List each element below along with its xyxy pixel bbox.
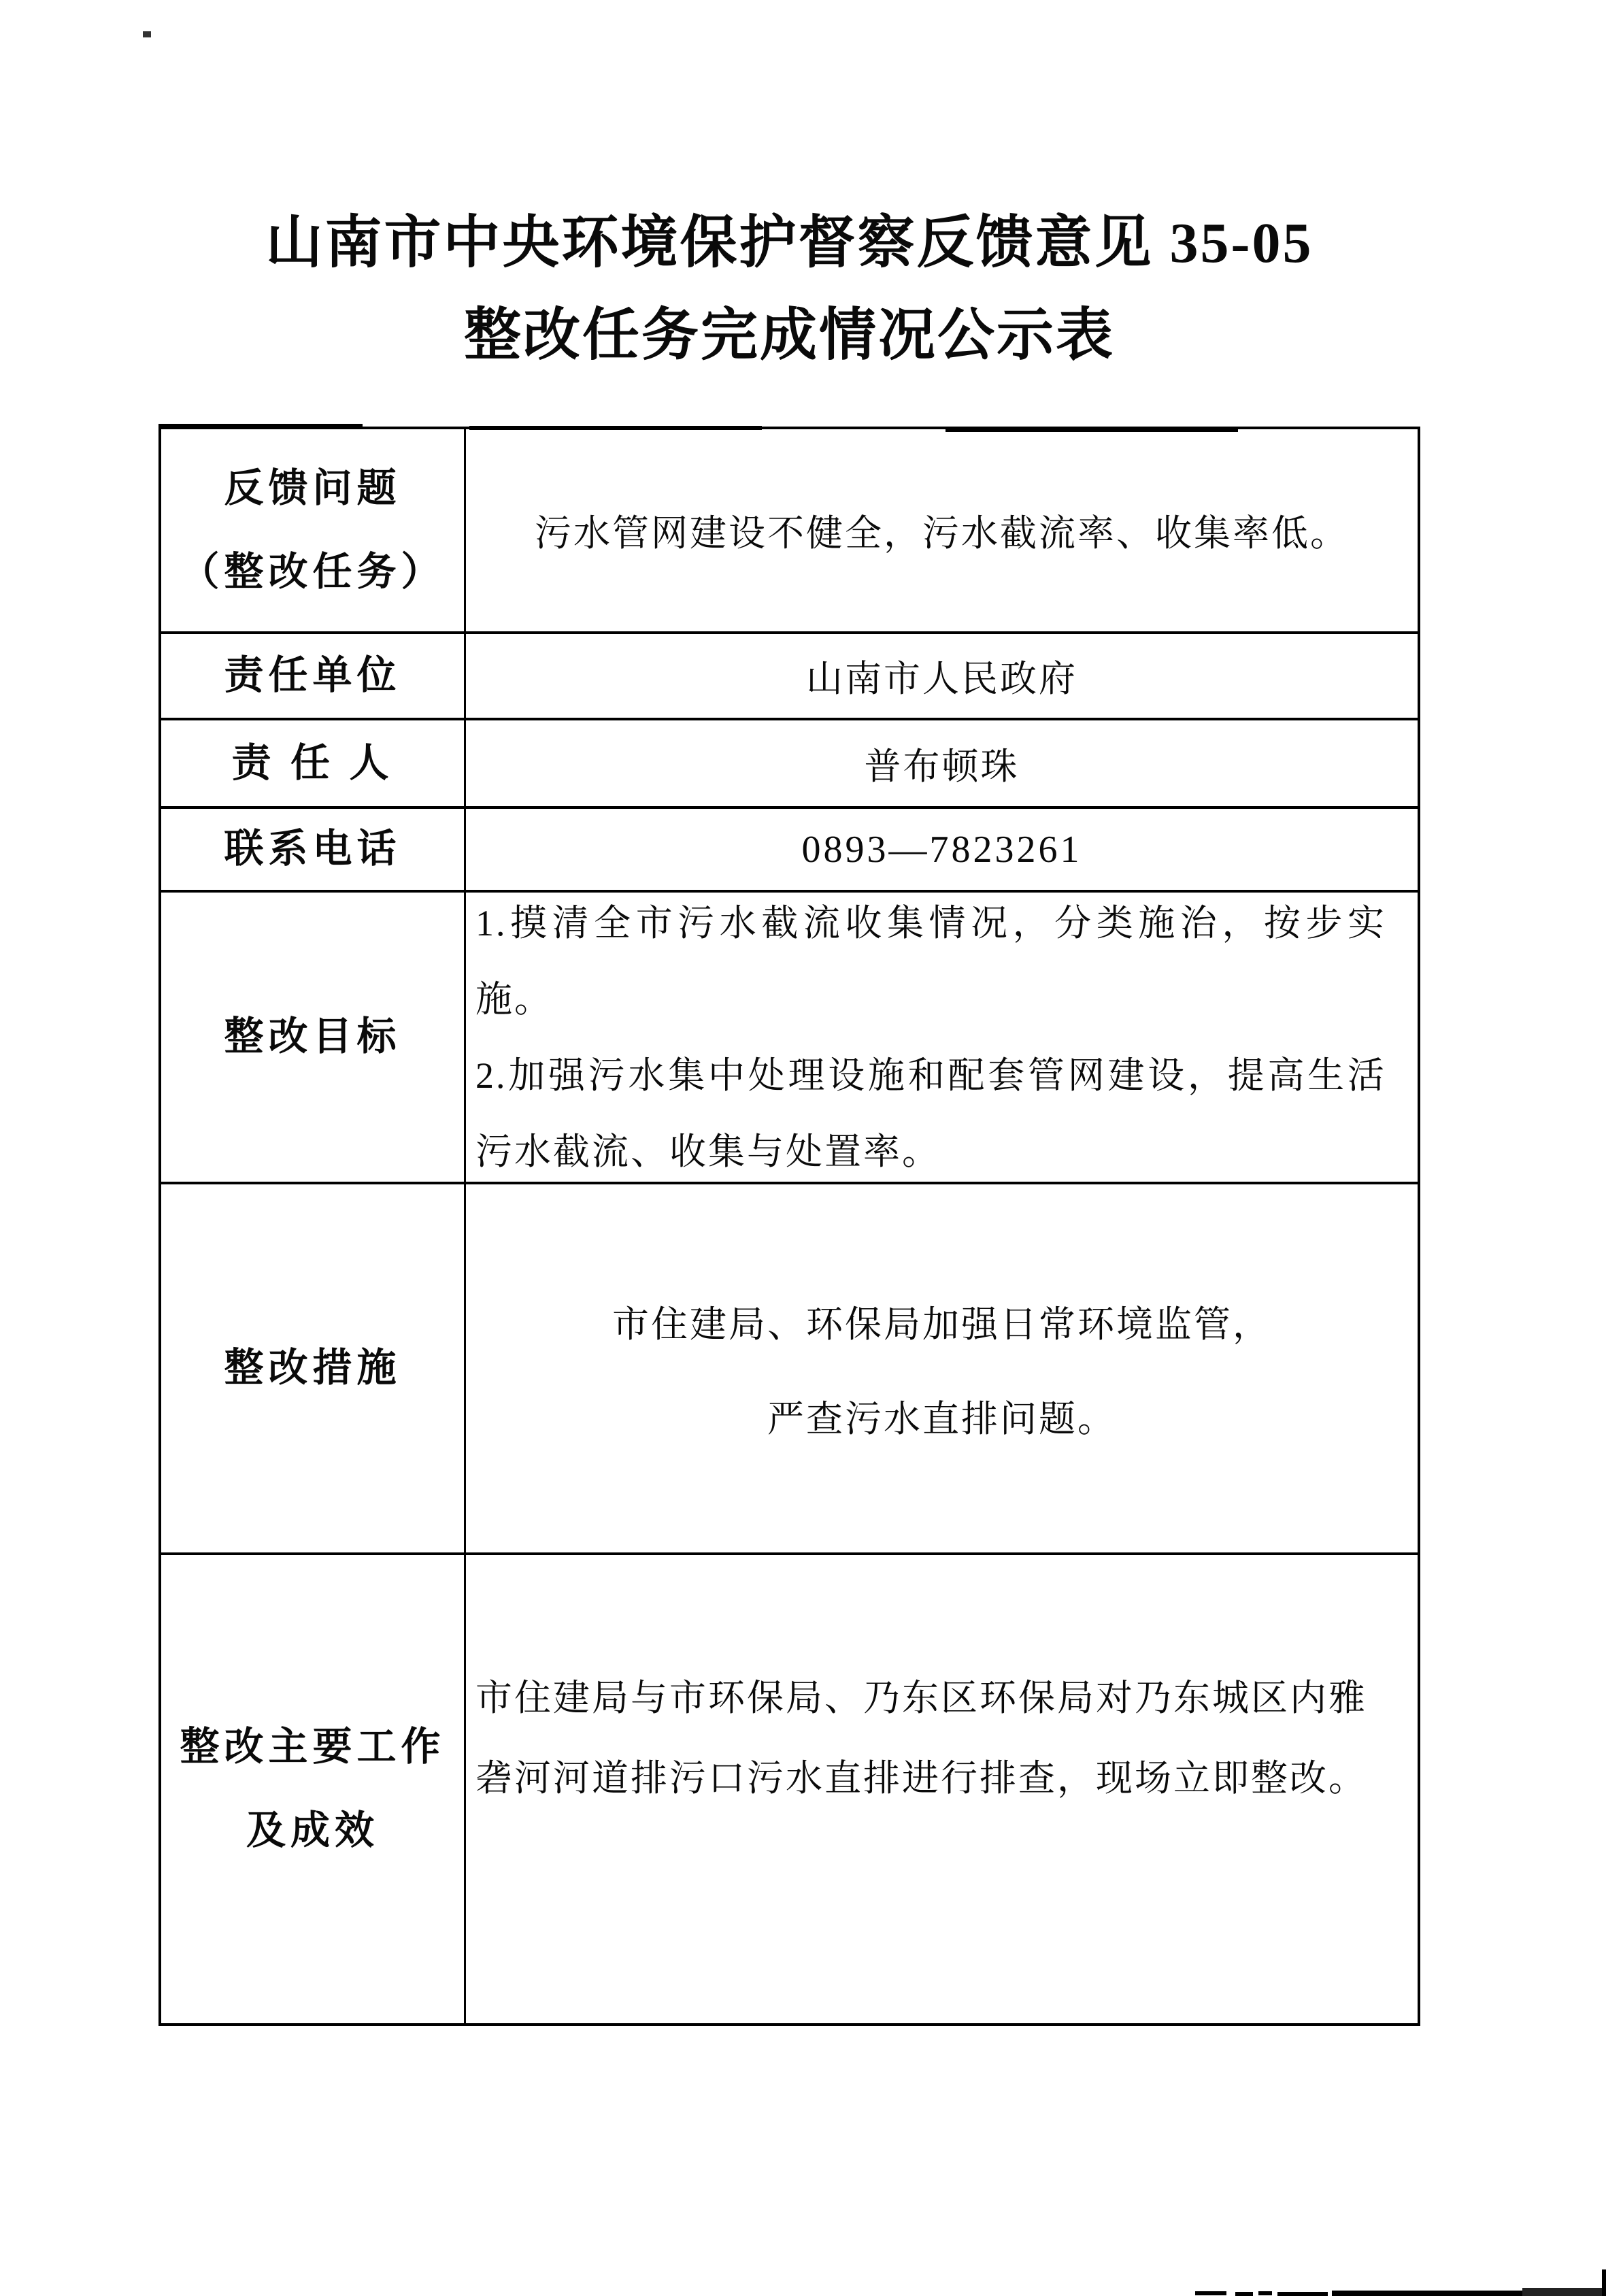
- cell-main-work-results: 市住建局与市环保局、乃东区环保局对乃东城区内雅砻河河道排污口污水直排进行排查，现…: [466, 1552, 1418, 2023]
- scanned-document-page: 山南市中央环境保护督察反馈意见 35-05 整改任务完成情况公示表 反馈问题 （…: [0, 0, 1606, 2296]
- row-label-main-work-results: 整改主要工作 及成效: [161, 1552, 466, 2023]
- scan-artifact-bottom-dash: [1195, 2291, 1226, 2295]
- cell-responsible-unit: 山南市人民政府: [466, 631, 1418, 718]
- cell-rectification-goal: 1.摸清全市污水截流收集情况，分类施治，按步实施。 2.加强污水集中处理设施和配…: [466, 890, 1418, 1182]
- scan-artifact-bottom-dash: [1258, 2291, 1272, 2295]
- scan-artifact-speck: [143, 31, 151, 37]
- cell-feedback-problem: 污水管网建设不健全，污水截流率、收集率低。: [466, 429, 1418, 631]
- row-label-line: 整改主要工作: [180, 1727, 445, 1768]
- rectification-table: 反馈问题 （整改任务） 污水管网建设不健全，污水截流率、收集率低。 责任单位 山…: [158, 427, 1420, 2026]
- scan-artifact-bottom-band: [1522, 2288, 1606, 2296]
- scan-artifact-bottom-dash: [1277, 2292, 1328, 2296]
- row-label-line: 及成效: [246, 1810, 379, 1852]
- cell-responsible-person: 普布顿珠: [466, 718, 1418, 806]
- row-label-line: （整改任务）: [180, 552, 445, 593]
- document-title-line1: 山南市中央环境保护督察反馈意见 35-05: [158, 197, 1420, 290]
- row-label-rectification-goal: 整改目标: [161, 890, 466, 1182]
- scan-artifact-border-segment: [946, 428, 1238, 432]
- row-label-contact-phone: 联系电话: [161, 806, 466, 890]
- document-title: 山南市中央环境保护督察反馈意见 35-05 整改任务完成情况公示表: [158, 197, 1420, 382]
- scan-artifact-bottom-dash: [1235, 2292, 1253, 2296]
- row-label-feedback-problem: 反馈问题 （整改任务）: [161, 429, 466, 631]
- measures-line-1: 市住建局、环保局加强日常环境监管，: [612, 1295, 1271, 1348]
- row-label-rectification-measures: 整改措施: [161, 1182, 466, 1552]
- cell-rectification-measures: 市住建局、环保局加强日常环境监管， 严查污水直排问题。: [466, 1182, 1418, 1552]
- scan-artifact-border-segment: [158, 424, 363, 429]
- goal-item-1: 1.摸清全市污水截流收集情况，分类施治，按步实施。: [475, 890, 1386, 1037]
- row-label-line: 反馈问题: [224, 468, 401, 510]
- document-title-line2: 整改任务完成情况公示表: [158, 290, 1420, 382]
- row-label-responsible-unit: 责任单位: [161, 631, 466, 718]
- cell-contact-phone: 0893—7823261: [466, 806, 1418, 890]
- row-label-responsible-person: 责 任 人: [161, 718, 466, 806]
- goal-item-2: 2.加强污水集中处理设施和配套管网建设，提高生活污水截流、收集与处置率。: [475, 1037, 1386, 1182]
- work-results-text: 市住建局与市环保局、乃东区环保局对乃东城区内雅砻河河道排污口污水直排进行排查，现…: [475, 1658, 1385, 1818]
- scan-artifact-edge-sliver: [1602, 2269, 1606, 2296]
- measures-line-2: 严查污水直排问题。: [767, 1390, 1116, 1442]
- scan-artifact-border-segment: [469, 426, 762, 430]
